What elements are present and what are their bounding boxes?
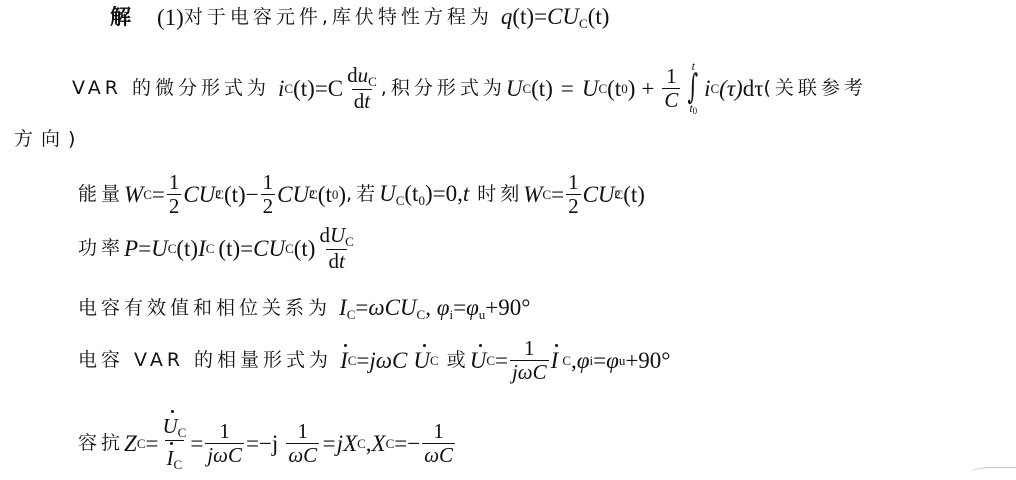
integral-form: UC(t) = UC(t0) + 1 C t ∫ t0 iC(τ)dτ xyxy=(506,60,764,117)
du-dt-fraction: duC dt xyxy=(345,64,379,112)
integral-sign: t ∫ t0 xyxy=(684,60,702,117)
power-line: 功率 P= UC(t) IC(t) = CUC(t) dUCdt xyxy=(78,226,358,270)
condition-label: ,若 xyxy=(346,185,379,204)
integral-label: ,积分形式为 xyxy=(381,79,506,98)
solution-heading: 解 (1) 对于电容元件,库伏特性方程为 q(t)=CUC(t) xyxy=(110,5,609,30)
rms-label: 电容有效值和相位关系为 xyxy=(78,299,331,318)
scan-artifact-curve xyxy=(970,467,1016,478)
differential-form: iC(t)=C duC dt xyxy=(278,64,381,112)
var-prefix: VAR 的微分形式为 xyxy=(72,79,270,98)
impedance-line: 容抗 ZC= UC IC = 1jωC =−j 1ωC =jXC, XC=− 1… xyxy=(78,412,457,474)
impedance-formula: ZC= UC IC = 1jωC =−j 1ωC =jXC, XC=− 1ωC xyxy=(124,415,457,471)
or-label: 或 xyxy=(447,351,470,370)
rms-formula: IC=ωCUC, φi=φu+90° xyxy=(339,296,530,321)
impedance-label: 容抗 xyxy=(78,434,124,453)
var-forms-line: VAR 的微分形式为 iC(t)=C duC dt ,积分形式为 UC(t) =… xyxy=(72,58,867,118)
energy-formula: WC= 12 CU2C(t) − 12 CU2C(t0) xyxy=(124,171,346,216)
reference-note-continuation: 方向) xyxy=(14,130,83,149)
energy-line: 能量 WC= 12 CU2C(t) − 12 CU2C(t0) ,若 UC(t0… xyxy=(78,172,645,216)
reference-note: (关联参考 xyxy=(763,79,866,98)
one-over-c-fraction: 1 C xyxy=(662,65,680,110)
power-formula: P= UC(t) IC(t) = CUC(t) dUCdt xyxy=(124,224,358,272)
power-label: 功率 xyxy=(78,239,124,258)
energy-result: WC= 12 CU2C(t) xyxy=(523,171,645,216)
part-number: (1) xyxy=(157,6,184,29)
moment-label: 时刻 xyxy=(477,185,523,204)
phasor-formula-1: IC=jωC UC xyxy=(340,349,439,372)
energy-label: 能量 xyxy=(78,185,124,204)
rms-phase-line: 电容有效值和相位关系为 IC=ωCUC, φi=φu+90° xyxy=(78,296,530,321)
phasor-line: 电容 VAR 的相量形式为 IC=jωC UC 或 UC= 1jωC IC, φ… xyxy=(78,338,670,382)
phasor-formula-2: UC= 1jωC IC, φi=φu+90° xyxy=(470,337,671,382)
phasor-label: 电容 VAR 的相量形式为 xyxy=(78,351,332,370)
heading-text: 对于电容元件,库伏特性方程为 xyxy=(184,8,493,27)
solution-label: 解 xyxy=(110,7,135,28)
initial-condition: UC(t0)=0,t xyxy=(379,182,469,207)
qv-formula: q(t)=CUC(t) xyxy=(501,5,610,30)
